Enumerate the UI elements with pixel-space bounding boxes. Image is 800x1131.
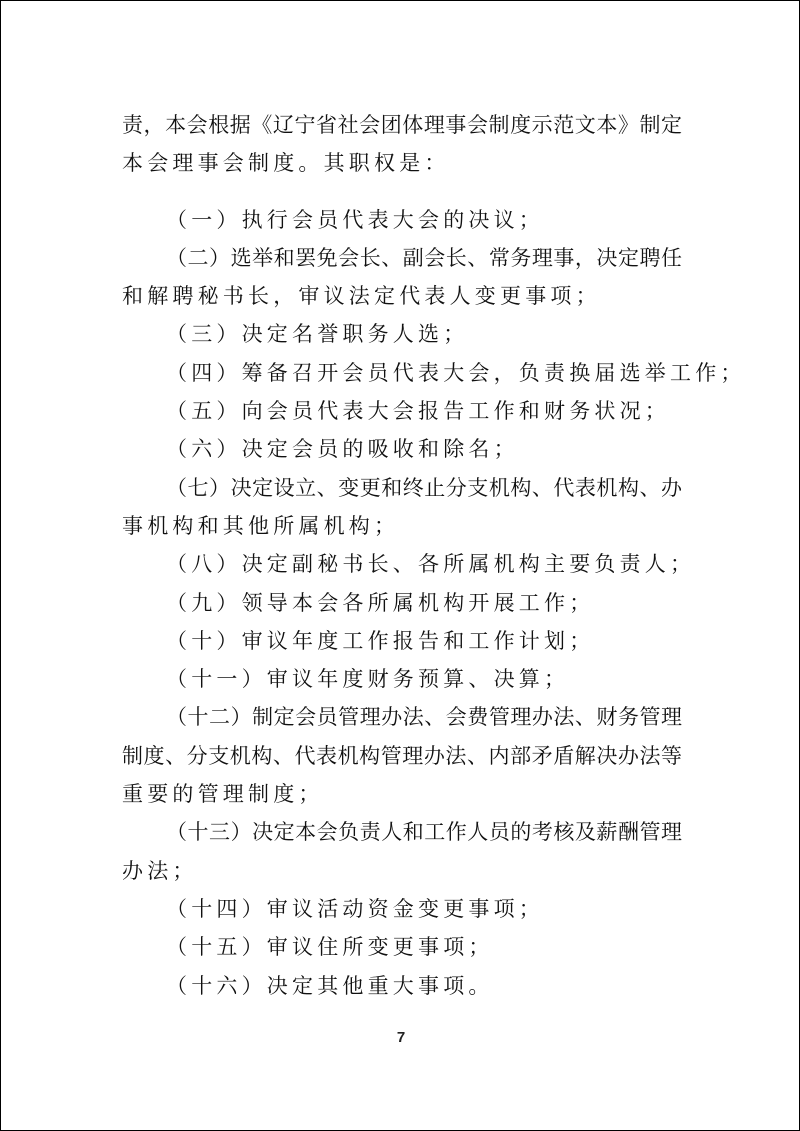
list-item-2: （二）选举和罢免会长、副会长、常务理事，决定聘任 (122, 239, 682, 277)
document-page: 责，本会根据《辽宁省社会团体理事会制度示范文本》制定 本会理事会制度。其职权是：… (0, 0, 800, 1131)
list-item-8: （八）决定副秘书长、各所属机构主要负责人； (122, 545, 682, 583)
list-item-7: （七）决定设立、变更和终止分支机构、代表机构、办 (122, 469, 682, 507)
intro-line: 本会理事会制度。其职权是： (122, 144, 682, 182)
list-item-4: （四）筹备召开会员代表大会，负责换届选举工作； (122, 354, 682, 392)
page-number: 7 (1, 1029, 800, 1046)
list-item-2-cont: 和解聘秘书长，审议法定代表人变更事项； (122, 277, 682, 315)
list-item-12-cont: 制度、分支机构、代表机构管理办法、内部矛盾解决办法等 (122, 737, 682, 775)
list-item-15: （十五）审议住所变更事项； (122, 928, 682, 966)
list-item-12: （十二）制定会员管理办法、会费管理办法、财务管理 (122, 698, 682, 736)
document-body: 责，本会根据《辽宁省社会团体理事会制度示范文本》制定 本会理事会制度。其职权是：… (122, 106, 682, 1005)
list-item-13: （十三）决定本会负责人和工作人员的考核及薪酬管理 (122, 813, 682, 851)
list-item-10: （十）审议年度工作报告和工作计划； (122, 622, 682, 660)
list-item-11: （十一）审议年度财务预算、决算； (122, 660, 682, 698)
list-item-1: （一）执行会员代表大会的决议； (122, 201, 682, 239)
intro-line: 责，本会根据《辽宁省社会团体理事会制度示范文本》制定 (122, 106, 682, 144)
list-item-16: （十六）决定其他重大事项。 (122, 967, 682, 1005)
list-item-14: （十四）审议活动资金变更事项； (122, 890, 682, 928)
paragraph-gap (122, 183, 682, 201)
list-item-12-cont: 重要的管理制度； (122, 775, 682, 813)
list-item-5: （五）向会员代表大会报告工作和财务状况； (122, 392, 682, 430)
list-item-6: （六）决定会员的吸收和除名； (122, 430, 682, 468)
list-item-13-cont: 办法； (122, 852, 682, 890)
list-item-7-cont: 事机构和其他所属机构； (122, 507, 682, 545)
list-item-3: （三）决定名誉职务人选； (122, 315, 682, 353)
list-item-9: （九）领导本会各所属机构开展工作； (122, 584, 682, 622)
